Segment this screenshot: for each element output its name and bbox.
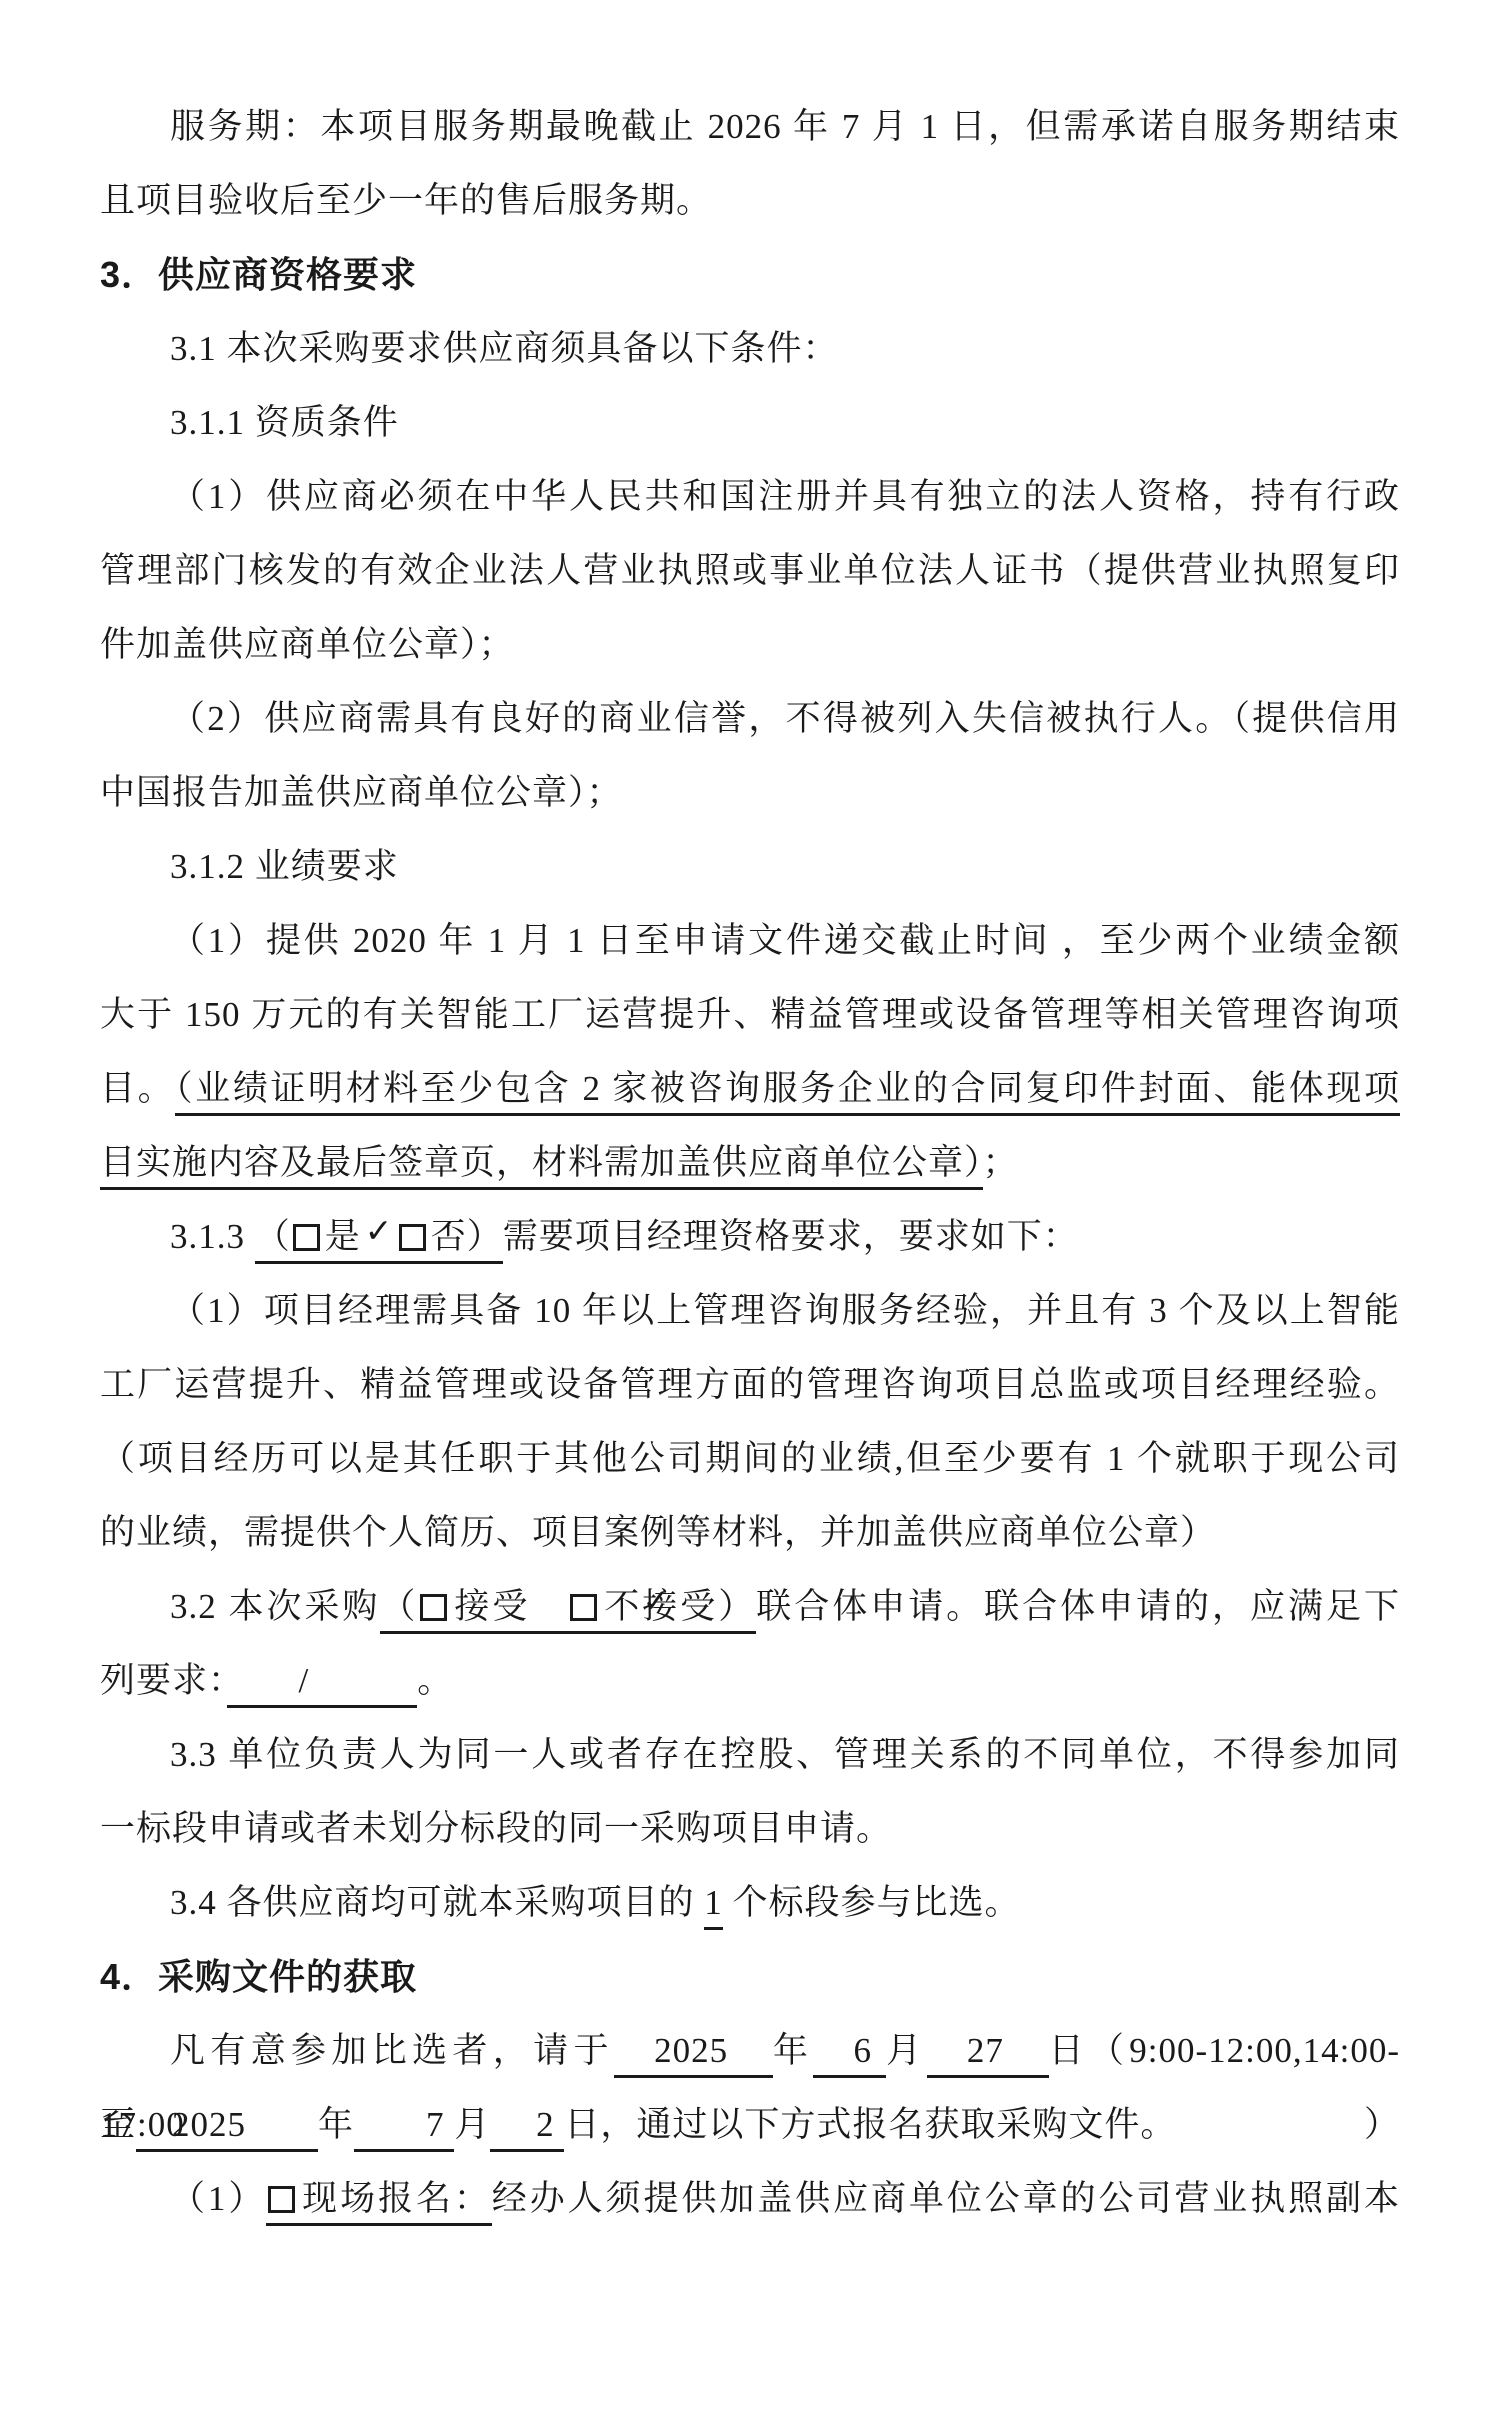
text-run: 月	[454, 2105, 490, 2144]
text-run: 工厂运营提升、精益管理或设备管理方面的管理咨询项目总监或项目经理经验。	[100, 1365, 1400, 1404]
pm-requirement-line-3: （项目经历可以是其任职于其他公司期间的业绩,但至少要有 1 个就职于现公司	[100, 1422, 1400, 1496]
empty-checkbox-icon	[266, 2179, 300, 2226]
section-3-heading: 3．供应商资格要求	[100, 238, 1400, 312]
underlined-text-run: 现场报名：	[300, 2179, 492, 2226]
text-run: 凡有意参加比选者，请于	[170, 2031, 614, 2070]
underlined-text-run: 1	[704, 1883, 723, 1930]
text-run: 3.2 本次采购	[170, 1587, 380, 1626]
clause-3-1-1: 3.1.1 资质条件	[100, 386, 1400, 460]
text-run: 列要求：	[100, 1661, 227, 1700]
clause-3-1-3: 3.1.3 （是 否）需要项目经理资格要求，要求如下：	[100, 1200, 1400, 1274]
empty-checkbox-icon	[418, 1587, 452, 1634]
text-run: 4．采购文件的获取	[100, 1956, 417, 1997]
clause-3-3-line-2: 一标段申请或者未划分标段的同一采购项目申请。	[100, 1792, 1400, 1866]
underlined-text-run: （	[255, 1217, 291, 1264]
text-run: 管理部门核发的有效企业法人营业执照或事业单位法人证书（提供营业执照复印	[100, 551, 1400, 590]
performance-req-line-1: （1）提供 2020 年 1 月 1 日至申请文件递交截止时间 ，至少两个业绩金…	[100, 904, 1400, 978]
text-run: 需要项目经理资格要求，要求如下：	[503, 1217, 1079, 1256]
text-run: 3.1.1 资质条件	[170, 403, 399, 442]
service-period-line-2: 且项目验收后至少一年的售后服务期。	[100, 164, 1400, 238]
text-run: 。	[417, 1661, 453, 1700]
checkbox-box	[420, 1594, 447, 1621]
underlined-text-run: 目实施内容及最后签章页，材料需加盖供应商单位公章）	[100, 1143, 983, 1190]
text-run: 3.1.2 业绩要求	[170, 847, 399, 886]
pm-requirement-line-2: 工厂运营提升、精益管理或设备管理方面的管理咨询项目总监或项目经理经验。	[100, 1348, 1400, 1422]
document-page: 服务期：本项目服务期最晚截止 2026 年 7 月 1 日，但需承诺自服务期结束…	[0, 0, 1500, 2434]
underlined-text-run: 27	[927, 2031, 1049, 2078]
clause-3-3-line-1: 3.3 单位负责人为同一人或者存在控股、管理关系的不同单位，不得参加同	[100, 1718, 1400, 1792]
underlined-text-run: 2025	[136, 2105, 318, 2152]
underlined-text-run: （	[380, 1587, 418, 1634]
qualification-item-2-line-1: （2）供应商需具有良好的商业信誉，不得被列入失信被执行人。（提供信用	[100, 682, 1400, 756]
text-run: ；	[983, 1143, 1019, 1182]
text-run: 月	[886, 2031, 926, 2070]
text-run: 日，通过以下方式报名获取采购文件。	[564, 2105, 1176, 2144]
underlined-text-run: 6	[813, 2031, 886, 2078]
document-body: 服务期：本项目服务期最晚截止 2026 年 7 月 1 日，但需承诺自服务期结束…	[100, 90, 1400, 2236]
underlined-text-run: 2	[490, 2105, 564, 2152]
text-run: （1）项目经理需具备 10 年以上管理咨询服务经验，并且有 3 个及以上智能	[170, 1291, 1400, 1330]
clause-3-2-line-1: 3.2 本次采购（接受 不接受）联合体申请。联合体申请的，应满足下	[100, 1570, 1400, 1644]
underlined-text-run: /	[227, 1661, 418, 1708]
section-4-heading: 4．采购文件的获取	[100, 1940, 1400, 2014]
qualification-item-1-line-1: （1）供应商必须在中华人民共和国注册并具有独立的法人资格，持有行政	[100, 460, 1400, 534]
checkbox-box	[399, 1224, 426, 1251]
obtain-method-onsite-line-1: （1）现场报名：经办人须提供加盖供应商单位公章的公司营业执照副本	[100, 2162, 1400, 2236]
text-run: 年	[773, 2031, 813, 2070]
pm-requirement-line-1: （1）项目经理需具备 10 年以上管理咨询服务经验，并且有 3 个及以上智能	[100, 1274, 1400, 1348]
text-run: 3．供应商资格要求	[100, 254, 417, 295]
clause-3-2-line-2: 列要求： / 。	[100, 1644, 1400, 1718]
underlined-text-run: 接受	[452, 1587, 568, 1634]
registration-period-line-1: 凡有意参加比选者，请于 2025 年 6 月 27 日（9:00-12:00,1…	[100, 2014, 1400, 2088]
text-run: （1）提供 2020 年 1 月 1 日至申请文件递交截止时间 ，至少两个业绩金…	[170, 921, 1400, 960]
service-period-line-1: 服务期：本项目服务期最晚截止 2026 年 7 月 1 日，但需承诺自服务期结束	[100, 90, 1400, 164]
text-run: 3.3 单位负责人为同一人或者存在控股、管理关系的不同单位，不得参加同	[170, 1735, 1400, 1774]
clause-3-4: 3.4 各供应商均可就本采购项目的 1 个标段参与比选。	[100, 1866, 1400, 1940]
underlined-text-run: 2025	[614, 2031, 773, 2078]
performance-req-line-2: 大于 150 万元的有关智能工厂运营提升、精益管理或设备管理等相关管理咨询项	[100, 978, 1400, 1052]
underlined-text-run: 否）	[431, 1217, 503, 1264]
performance-req-line-3: 目。（业绩证明材料至少包含 2 家被咨询服务企业的合同复印件封面、能体现项	[100, 1052, 1400, 1126]
checkbox-box	[570, 1594, 597, 1621]
underlined-text-run: 7	[354, 2105, 454, 2152]
qualification-item-1-line-3: 件加盖供应商单位公章）；	[100, 608, 1400, 682]
text-run: 中国报告加盖供应商单位公章）；	[100, 773, 623, 812]
qualification-item-2-line-2: 中国报告加盖供应商单位公章）；	[100, 756, 1400, 830]
checkbox-box	[268, 2186, 295, 2213]
text-run: 目。	[100, 1069, 175, 1108]
text-run: （1）	[170, 2179, 266, 2218]
performance-req-line-4: 目实施内容及最后签章页，材料需加盖供应商单位公章）；	[100, 1126, 1400, 1200]
empty-checkbox-icon	[397, 1217, 431, 1264]
text-run: 且项目验收后至少一年的售后服务期。	[100, 181, 712, 220]
text-run: 3.1.3	[170, 1217, 255, 1256]
text-run: 联合体申请。联合体申请的，应满足下	[756, 1587, 1400, 1626]
qualification-item-1-line-2: 管理部门核发的有效企业法人营业执照或事业单位法人证书（提供营业执照复印	[100, 534, 1400, 608]
clause-3-1: 3.1 本次采购要求供应商须具备以下条件：	[100, 312, 1400, 386]
checkbox-box	[293, 1224, 320, 1251]
text-run: （1）供应商必须在中华人民共和国注册并具有独立的法人资格，持有行政	[170, 477, 1400, 516]
text-run: 3.4 各供应商均可就本采购项目的	[170, 1883, 704, 1922]
pm-requirement-line-4: 的业绩，需提供个人简历、项目案例等材料，并加盖供应商单位公章）	[100, 1496, 1400, 1570]
text-run: 个标段参与比选。	[723, 1883, 1021, 1922]
text-run: 一标段申请或者未划分标段的同一采购项目申请。	[100, 1809, 892, 1848]
text-run: 年	[318, 2105, 354, 2144]
checked-checkbox-icon	[568, 1587, 602, 1634]
clause-3-1-2: 3.1.2 业绩要求	[100, 830, 1400, 904]
text-run: 的业绩，需提供个人简历、项目案例等材料，并加盖供应商单位公章）	[100, 1513, 1216, 1552]
checked-checkbox-icon	[291, 1217, 325, 1264]
text-run: 件加盖供应商单位公章）；	[100, 625, 515, 664]
underlined-text-run: （业绩证明材料至少包含 2 家被咨询服务企业的合同复印件封面、能体现项	[175, 1069, 1400, 1116]
text-run: 至	[100, 2105, 136, 2144]
text-run: 大于 150 万元的有关智能工厂运营提升、精益管理或设备管理等相关管理咨询项	[100, 995, 1400, 1034]
text-run: （项目经历可以是其任职于其他公司期间的业绩,但至少要有 1 个就职于现公司	[100, 1439, 1400, 1478]
text-run: 服务期：本项目服务期最晚截止 2026 年 7 月 1 日，但需承诺自服务期结束	[170, 107, 1400, 146]
text-run: 3.1 本次采购要求供应商须具备以下条件：	[170, 329, 839, 368]
text-run: 经办人须提供加盖供应商单位公章的公司营业执照副本	[492, 2179, 1400, 2218]
text-run: （2）供应商需具有良好的商业信誉，不得被列入失信被执行人。（提供信用	[170, 699, 1400, 738]
